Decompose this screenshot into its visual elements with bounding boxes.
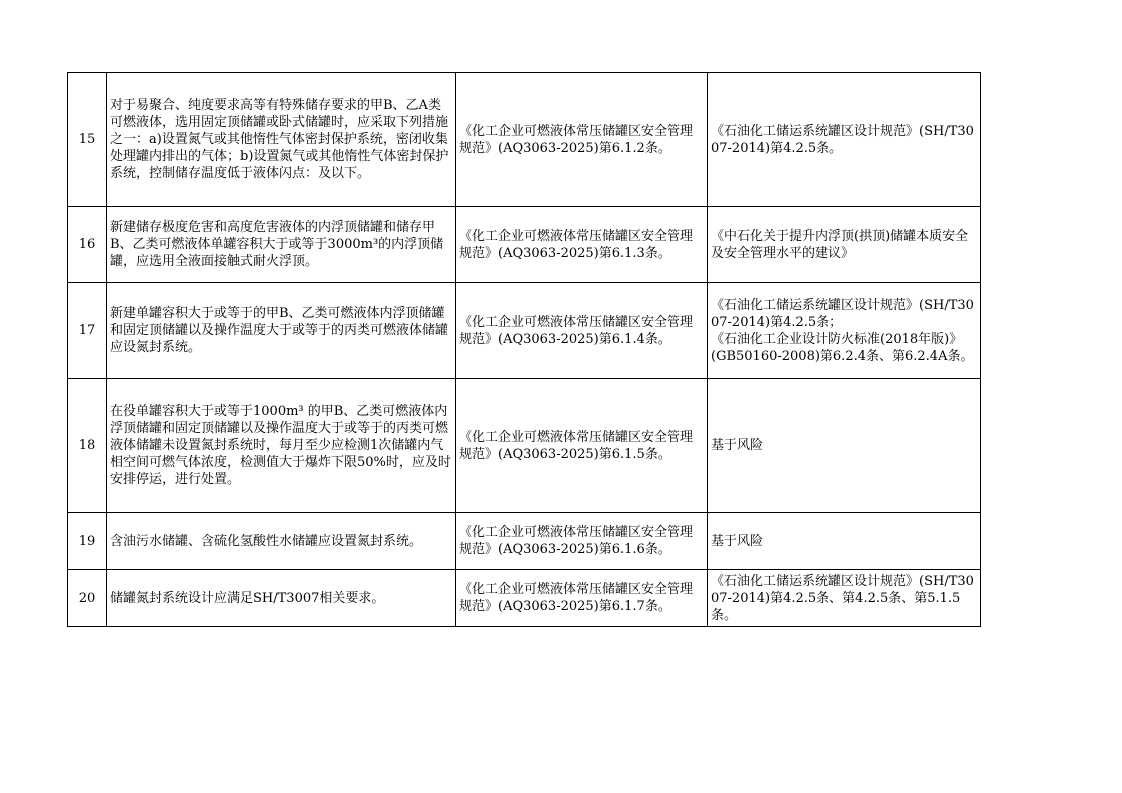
requirement-cell: 储罐氮封系统设计应满足SH/T3007相关要求。 bbox=[107, 570, 456, 627]
requirement-cell: 新建储存极度危害和高度危害液体的内浮顶储罐和储存甲B、乙类可燃液体单罐容积大于或… bbox=[107, 207, 456, 283]
basis-cell: 《化工企业可燃液体常压储罐区安全管理规范》(AQ3063-2025)第6.1.2… bbox=[456, 73, 708, 207]
row-number: 16 bbox=[68, 207, 107, 283]
requirement-cell: 对于易聚合、纯度要求高等有特殊储存要求的甲B、乙A类可燃液体，选用固定顶储罐或卧… bbox=[107, 73, 456, 207]
row-number: 20 bbox=[68, 570, 107, 627]
basis-cell: 《化工企业可燃液体常压储罐区安全管理规范》(AQ3063-2025)第6.1.7… bbox=[456, 570, 708, 627]
reference-cell: 《石油化工储运系统罐区设计规范》(SH/T3007-2014)第4.2.5条、第… bbox=[708, 570, 981, 627]
basis-cell: 《化工企业可燃液体常压储罐区安全管理规范》(AQ3063-2025)第6.1.4… bbox=[456, 283, 708, 379]
reference-cell: 基于风险 bbox=[708, 513, 981, 570]
reference-cell: 《石油化工储运系统罐区设计规范》(SH/T3007-2014)第4.2.5条。 bbox=[708, 73, 981, 207]
reference-cell: 基于风险 bbox=[708, 379, 981, 513]
row-number: 18 bbox=[68, 379, 107, 513]
table-row: 16 新建储存极度危害和高度危害液体的内浮顶储罐和储存甲B、乙类可燃液体单罐容积… bbox=[68, 207, 981, 283]
requirement-cell: 在役单罐容积大于或等于1000m³ 的甲B、乙类可燃液体内浮顶储罐和固定顶储罐以… bbox=[107, 379, 456, 513]
table-row: 20 储罐氮封系统设计应满足SH/T3007相关要求。 《化工企业可燃液体常压储… bbox=[68, 570, 981, 627]
reference-cell: 《中石化关于提升内浮顶(拱顶)储罐本质安全及安全管理水平的建议》 bbox=[708, 207, 981, 283]
row-number: 17 bbox=[68, 283, 107, 379]
table-row: 17 新建单罐容积大于或等于的甲B、乙类可燃液体内浮顶储罐和固定顶储罐以及操作温… bbox=[68, 283, 981, 379]
reference-cell: 《石油化工储运系统罐区设计规范》(SH/T3007-2014)第4.2.5条； … bbox=[708, 283, 981, 379]
row-number: 19 bbox=[68, 513, 107, 570]
basis-cell: 《化工企业可燃液体常压储罐区安全管理规范》(AQ3063-2025)第6.1.3… bbox=[456, 207, 708, 283]
basis-cell: 《化工企业可燃液体常压储罐区安全管理规范》(AQ3063-2025)第6.1.6… bbox=[456, 513, 708, 570]
requirement-cell: 新建单罐容积大于或等于的甲B、乙类可燃液体内浮顶储罐和固定顶储罐以及操作温度大于… bbox=[107, 283, 456, 379]
table-row: 18 在役单罐容积大于或等于1000m³ 的甲B、乙类可燃液体内浮顶储罐和固定顶… bbox=[68, 379, 981, 513]
requirements-table: 15 对于易聚合、纯度要求高等有特殊储存要求的甲B、乙A类可燃液体，选用固定顶储… bbox=[67, 72, 981, 627]
requirement-cell: 含油污水储罐、含硫化氢酸性水储罐应设置氮封系统。 bbox=[107, 513, 456, 570]
table-row: 19 含油污水储罐、含硫化氢酸性水储罐应设置氮封系统。 《化工企业可燃液体常压储… bbox=[68, 513, 981, 570]
basis-cell: 《化工企业可燃液体常压储罐区安全管理规范》(AQ3063-2025)第6.1.5… bbox=[456, 379, 708, 513]
table-row: 15 对于易聚合、纯度要求高等有特殊储存要求的甲B、乙A类可燃液体，选用固定顶储… bbox=[68, 73, 981, 207]
row-number: 15 bbox=[68, 73, 107, 207]
